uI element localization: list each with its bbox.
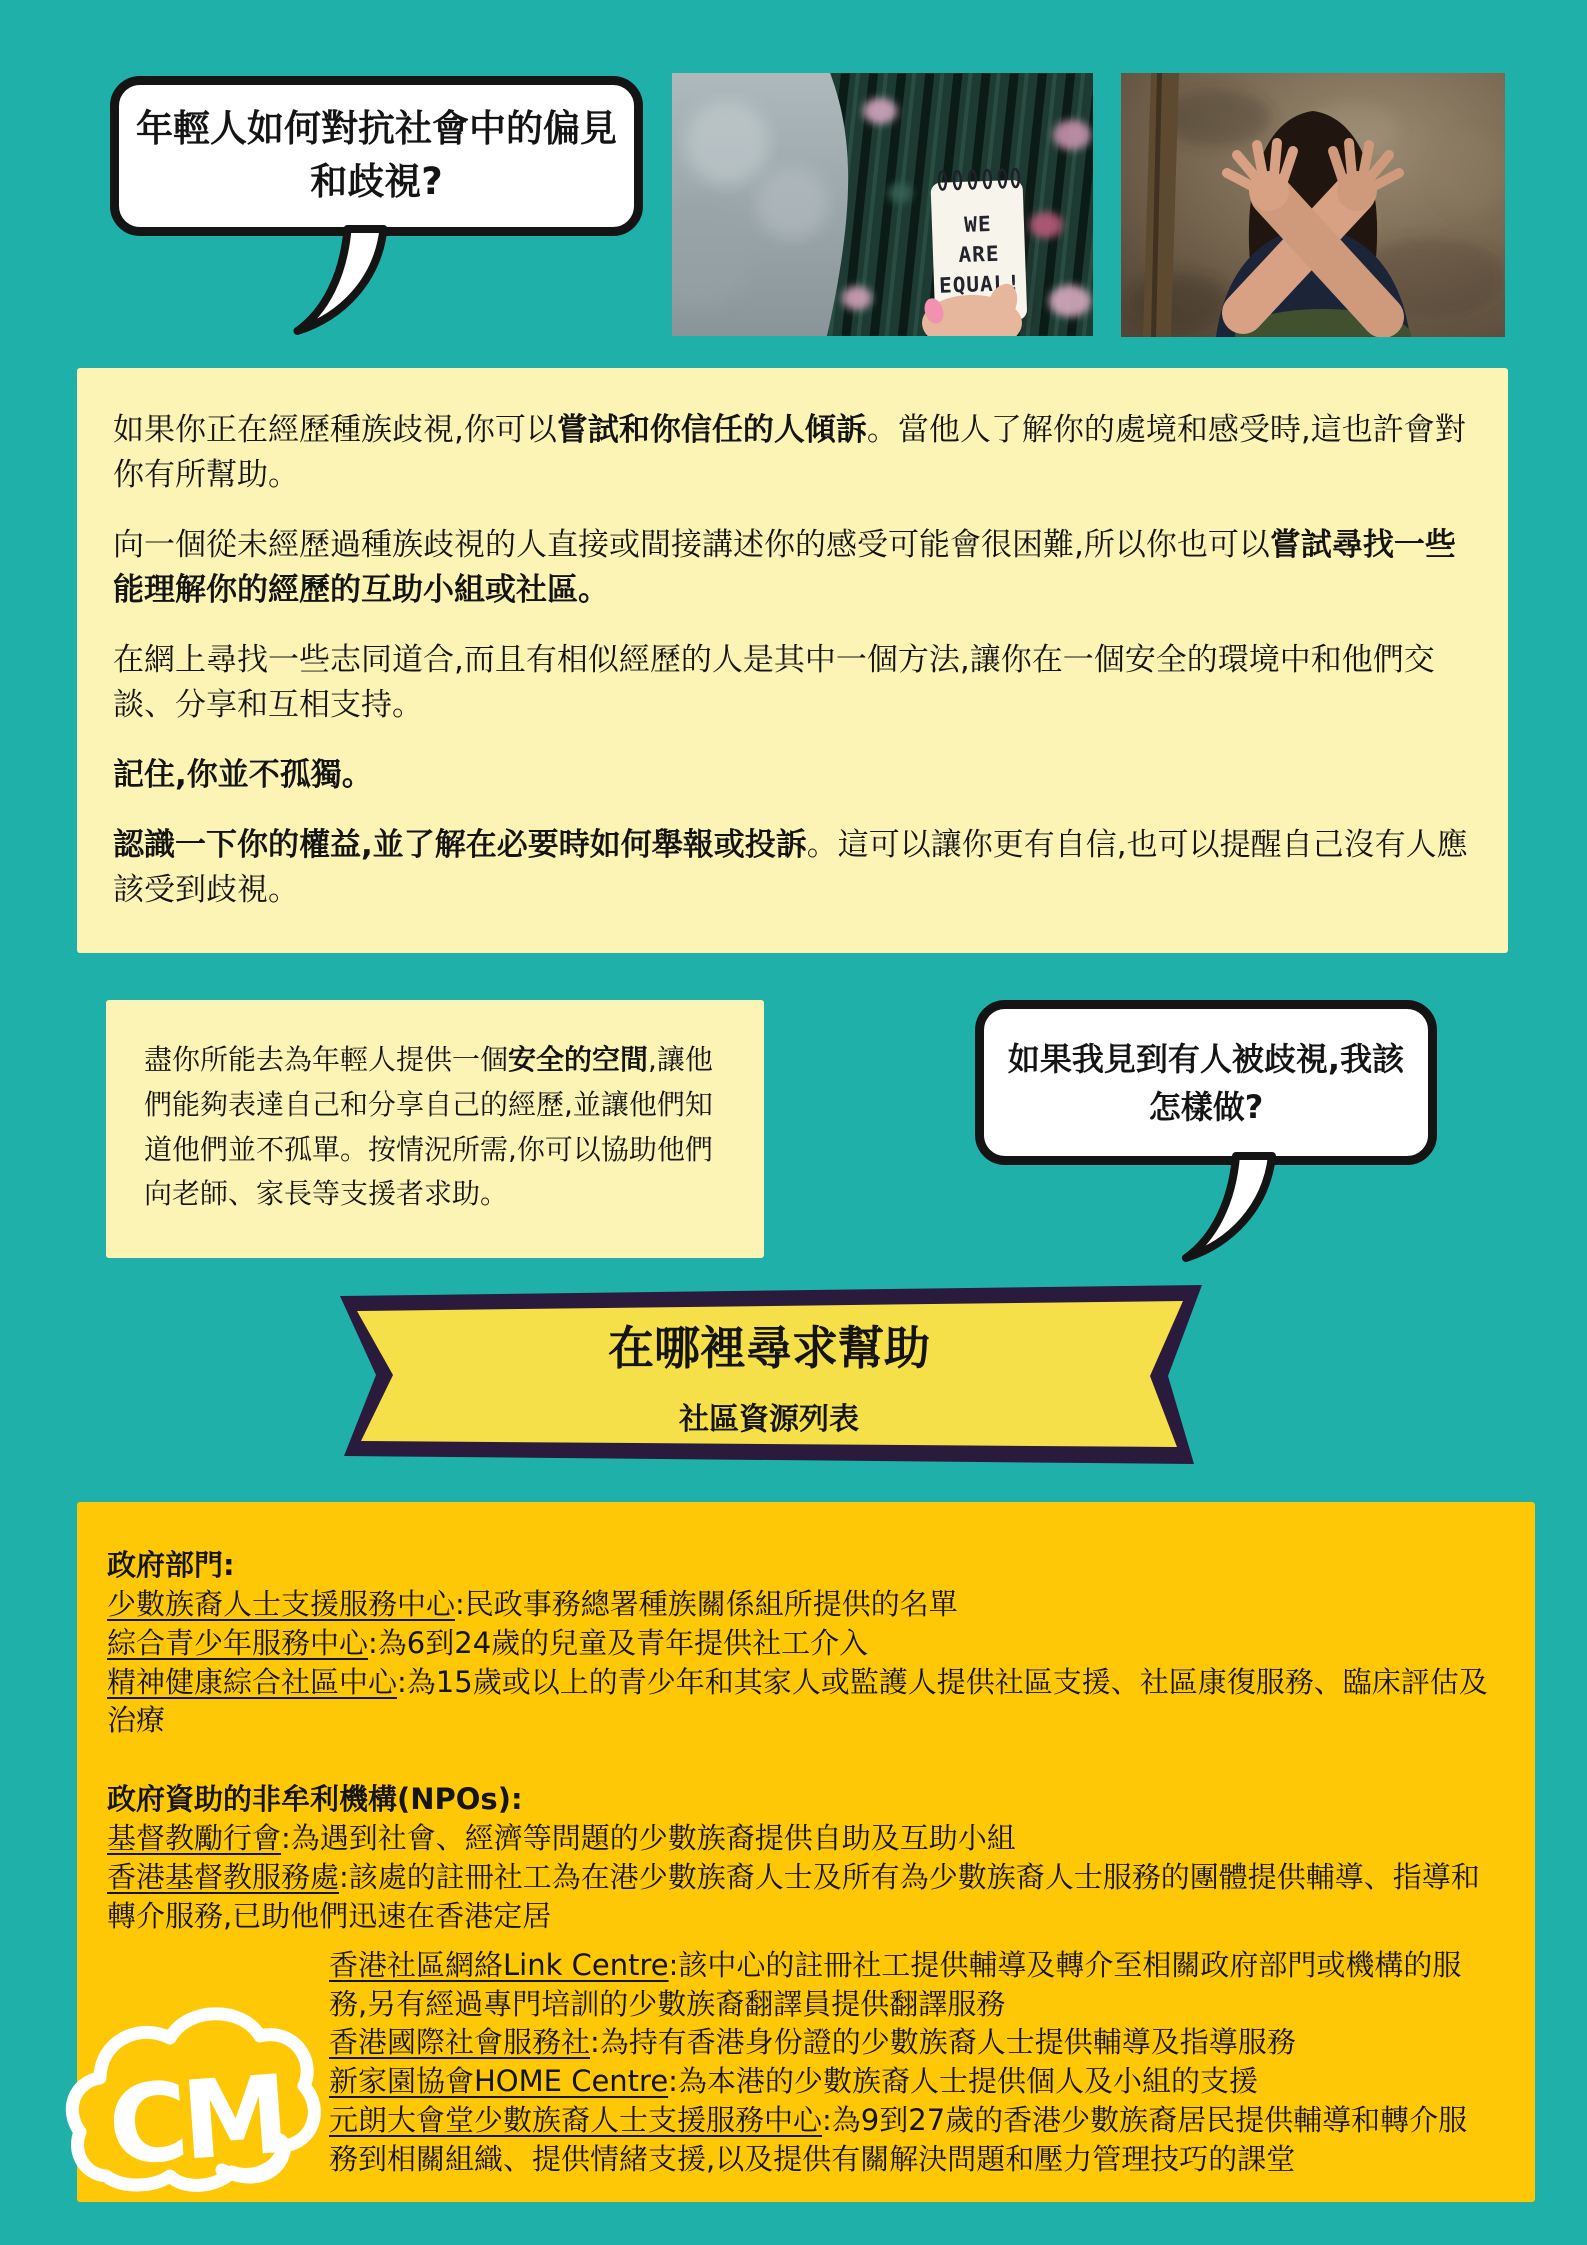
logo-letters: CM xyxy=(105,2053,288,2190)
resource-link[interactable]: 元朗大會堂少數族裔人士支援服務中心 xyxy=(329,2103,822,2137)
supporter-paragraph: 盡你所能去為年輕人提供一個安全的空間,讓他們能夠表達自己和分享自己的經歷,並讓他… xyxy=(144,1038,726,1217)
advice-paragraph: 認識一下你的權益,並了解在必要時如何舉報或投訴。這可以讓你更有自信,也可以提醒自… xyxy=(113,823,1472,913)
list-item: 少數族裔人士支援服務中心:民政事務總署種族關係組所提供的名單 xyxy=(107,1585,1495,1624)
resource-link[interactable]: 綜合青少年服務中心 xyxy=(107,1626,368,1660)
resource-link[interactable]: 香港基督教服務處 xyxy=(107,1860,339,1894)
notepad-line: WE xyxy=(964,212,992,237)
question-line2: 怎樣做? xyxy=(1149,1088,1264,1126)
list-item: 香港基督教服務處:該處的註冊社工為在港少數族裔人士及所有為少數族裔人士服務的團體… xyxy=(107,1858,1495,1936)
resource-link[interactable]: 精神健康綜合社區中心 xyxy=(107,1665,397,1699)
list-item: 精神健康綜合社區中心:為15歲或以上的青少年和其家人或監護人提供社區支援、社區康… xyxy=(107,1663,1495,1741)
advice-text-bold: 認識一下你的權益,並了解在必要時如何舉報或投訴 xyxy=(113,827,807,863)
government-heading: 政府部門: xyxy=(107,1546,1495,1585)
list-item: 綜合青少年服務中心:為6到24歲的兒童及青年提供社工介入 xyxy=(107,1624,1495,1663)
resource-desc: :為6到24歲的兒童及青年提供社工介入 xyxy=(368,1626,868,1660)
speech-tail-icon xyxy=(287,225,392,337)
advice-text: 在網上尋找一些志同道合,而且有相似經歷的人是其中一個方法,讓你在一個安全的環境中… xyxy=(113,642,1435,723)
resource-link[interactable]: 香港國際社會服務社 xyxy=(329,2025,590,2059)
cm-logo: CM xyxy=(64,1980,326,2238)
advice-text: 向一個從未經歷過種族歧視的人直接或間接講述你的感受可能會很困難,所以你也可以 xyxy=(113,527,1270,563)
we-are-equal-photo: WE ARE EQUAL! xyxy=(672,73,1093,336)
list-item: 新家園協會HOME Centre:為本港的少數族裔人士提供個人及小組的支援 xyxy=(329,2062,1495,2101)
question-bubble-right-text: 如果我見到有人被歧視,我該怎樣做? xyxy=(1008,1035,1404,1131)
resource-link[interactable]: 香港社區網絡Link Centre xyxy=(329,1948,669,1982)
supporter-text-bold: 安全的空間 xyxy=(508,1043,648,1076)
advice-paragraph: 在網上尋找一些志同道合,而且有相似經歷的人是其中一個方法,讓你在一個安全的環境中… xyxy=(113,638,1472,728)
list-item: 元朗大會堂少數族裔人士支援服務中心:為9到27歲的香港少數族裔居民提供輔導和轉介… xyxy=(329,2101,1495,2179)
speech-tail-icon xyxy=(1168,1152,1288,1264)
advice-text: 如果你正在經歷種族歧視,你可以 xyxy=(113,412,557,448)
question-line2: 和歧視? xyxy=(310,160,442,203)
advice-paragraph: 如果你正在經歷種族歧視,你可以嘗試和你信任的人傾訴。當他人了解你的處境和感受時,… xyxy=(113,408,1472,498)
list-item: 香港國際社會服務社:為持有香港身份證的少數族裔人士提供輔導及指導服務 xyxy=(329,2023,1495,2062)
question-line1: 年輕人如何對抗社會中的偏見 xyxy=(136,107,617,150)
advice-box: 如果你正在經歷種族歧視,你可以嘗試和你信任的人傾訴。當他人了解你的處境和感受時,… xyxy=(77,368,1508,953)
supporter-text: 盡你所能去為年輕人提供一個 xyxy=(144,1043,508,1076)
person-shielding-face-photo xyxy=(1121,73,1505,337)
indented-resource-list: 香港社區網絡Link Centre:該中心的註冊社工提供輔導及轉介至相關政府部門… xyxy=(329,1946,1495,2179)
list-item: 香港社區網絡Link Centre:該中心的註冊社工提供輔導及轉介至相關政府部門… xyxy=(329,1946,1495,2024)
banner-title: 在哪裡尋求幫助 xyxy=(608,1312,930,1378)
banner-subtitle: 社區資源列表 xyxy=(679,1394,859,1438)
resource-desc: :民政事務總署種族關係組所提供的名單 xyxy=(455,1587,958,1621)
question-bubble-right: 如果我見到有人被歧視,我該怎樣做? xyxy=(975,1000,1437,1165)
resource-desc: :為持有香港身份證的少數族裔人士提供輔導及指導服務 xyxy=(590,2025,1296,2059)
resource-desc: :為本港的少數族裔人士提供個人及小組的支援 xyxy=(668,2064,1258,2098)
npo-heading: 政府資助的非牟利機構(NPOs): xyxy=(107,1780,1495,1819)
advice-text-bold: 記住,你並不孤獨。 xyxy=(113,757,373,793)
help-banner: 在哪裡尋求幫助 社區資源列表 xyxy=(330,1280,1208,1470)
resource-desc: :為遇到社會、經濟等問題的少數族裔提供自助及互助小組 xyxy=(281,1821,1016,1855)
notepad-line: ARE xyxy=(958,242,1000,267)
question-bubble-top-text: 年輕人如何對抗社會中的偏見和歧視? xyxy=(136,103,617,208)
question-bubble-top: 年輕人如何對抗社會中的偏見和歧視? xyxy=(110,76,643,236)
advice-paragraph: 向一個從未經歷過種族歧視的人直接或間接講述你的感受可能會很困難,所以你也可以嘗試… xyxy=(113,523,1472,613)
anti-discrimination-poster: 年輕人如何對抗社會中的偏見和歧視? xyxy=(0,0,1587,2245)
advice-paragraph: 記住,你並不孤獨。 xyxy=(113,753,1472,798)
banner-text: 在哪裡尋求幫助 社區資源列表 xyxy=(330,1280,1208,1470)
resource-link[interactable]: 少數族裔人士支援服務中心 xyxy=(107,1587,455,1621)
supporter-tip-box: 盡你所能去為年輕人提供一個安全的空間,讓他們能夠表達自己和分享自己的經歷,並讓他… xyxy=(106,1000,764,1258)
advice-text-bold: 嘗試和你信任的人傾訴 xyxy=(557,412,867,448)
resource-link[interactable]: 新家園協會HOME Centre xyxy=(329,2064,668,2098)
question-line1: 如果我見到有人被歧視,我該 xyxy=(1008,1040,1404,1078)
list-item: 基督教勵行會:為遇到社會、經濟等問題的少數族裔提供自助及互助小組 xyxy=(107,1819,1495,1858)
resource-link[interactable]: 基督教勵行會 xyxy=(107,1821,281,1855)
